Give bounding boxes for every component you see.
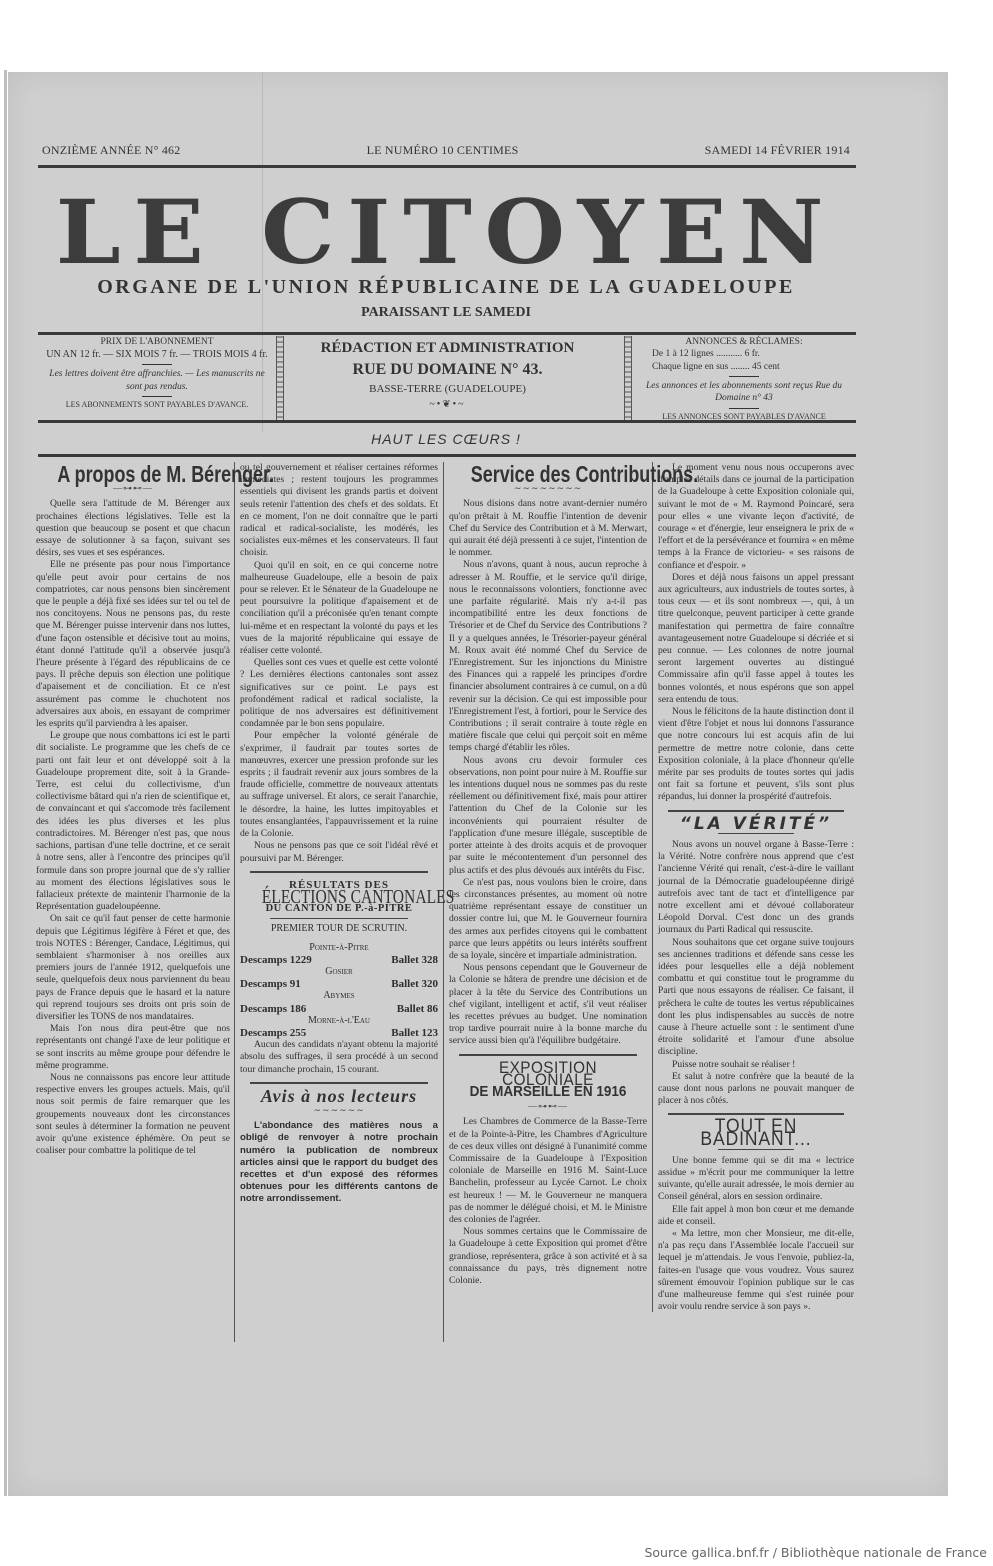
candidate-1-result: Descamps 91: [240, 978, 301, 990]
divider: [729, 376, 759, 377]
candidate-1-result: Descamps 186: [240, 1003, 306, 1015]
paragraph: « Ma lettre, mon cher Monsieur, me dit-e…: [658, 1228, 854, 1313]
rule: [38, 165, 856, 168]
subscription-footer: LES ABONNEMENTS SONT PAYABLES D'AVANCE.: [42, 400, 272, 410]
results-row: Descamps 91Ballet 320: [240, 978, 438, 990]
divider: [270, 918, 408, 919]
paragraph: Le groupe que nous combattons ici est le…: [36, 730, 230, 913]
article-exposition-continued: Le moment venu nous nous occuperons avec…: [658, 462, 854, 1313]
issue-number: ONZIÈME ANNÉE N° 462: [42, 143, 180, 158]
paragraph: Et salut à notre confrère que la beauté …: [658, 1071, 854, 1108]
paragraph: Mais l'on nous dira peut-être que nos re…: [36, 1023, 230, 1072]
paragraph: Nous disions dans notre avant-dernier nu…: [449, 498, 647, 559]
ads-note: Les annonces et les abonnements sont reç…: [638, 380, 850, 405]
candidate-2-result: Ballet 123: [391, 1027, 438, 1039]
column-divider: [234, 462, 235, 1342]
office-line3: BASSE-TERRE (GUADELOUPE): [290, 383, 605, 395]
ornament-border: [276, 336, 284, 422]
paragraph: Quoi qu'il en soit, en ce qui concerne n…: [240, 560, 438, 658]
paragraph: Nous pensons cependant que le Gouverneur…: [449, 962, 647, 1047]
office-line1: RÉDACTION ET ADMINISTRATION: [290, 340, 605, 357]
rule: [38, 420, 856, 423]
divider: [250, 1082, 428, 1084]
results-title: ÉLECTIONS CANTONALES: [262, 891, 416, 903]
expo-subtitle: DE MARSEILLE EN 1916: [459, 1086, 637, 1098]
subscription-rates: UN AN 12 fr. — SIX MOIS 7 fr. — TROIS MO…: [42, 348, 272, 361]
paragraph: Elle ne présente pas pour nous l'importa…: [36, 559, 230, 730]
divider: [250, 871, 428, 873]
ads-rate2: Chaque ligne en sus ........ 45 cent: [638, 361, 850, 373]
paragraph: Dores et déjà nous faisons un appel pres…: [658, 572, 854, 706]
article-berenger-continued: ou tel gouvernement et réaliser certaine…: [240, 462, 438, 1206]
article-title: Service des Contributions.: [471, 468, 625, 480]
masthead-title: LE CITOYEN: [20, 188, 873, 276]
results-row: Descamps 255Ballet 123: [240, 1027, 438, 1039]
paragraph: Les Chambres de Commerce de la Basse-Ter…: [449, 1116, 647, 1226]
paragraph: Nous ne pensons pas que ce soit l'idéal …: [240, 840, 438, 864]
subscription-note: Les lettres doivent être affranchies. — …: [42, 368, 272, 393]
subscription-box: PRIX DE L'ABONNEMENT UN AN 12 fr. — SIX …: [42, 336, 272, 410]
results-row: Descamps 1229Ballet 328: [240, 954, 438, 966]
issue-price: LE NUMÉRO 10 CENTIMES: [367, 143, 519, 158]
office-line2: RUE DU DOMAINE N° 43.: [290, 361, 605, 379]
divider: [668, 1113, 844, 1115]
candidate-2-result: Ballet 328: [391, 954, 438, 966]
ornament-icon: ~•❦•~: [290, 399, 605, 410]
ornament-divider: ∼∼∼∼∼∼: [240, 1104, 438, 1116]
candidate-1-result: Descamps 255: [240, 1027, 306, 1039]
verite-title: “LA VÉRITÉ”: [658, 818, 854, 830]
paragraph: Elle fait appel à mon bon cœur et me dem…: [658, 1204, 854, 1228]
paragraph: Nous souhaitons que cet organe suive tou…: [658, 937, 854, 1059]
slogan: HAUT LES CŒURS !: [40, 431, 852, 447]
paragraph: Une bonne femme qui se dit ma « lectrice…: [658, 1155, 854, 1204]
ads-box: ANNONCES & RÉCLAMES: De 1 à 12 lignes ..…: [638, 336, 850, 422]
divider: [142, 396, 172, 397]
results-place: Abymes: [240, 990, 438, 1002]
source-credit: Source gallica.bnf.fr / Bibliothèque nat…: [644, 1545, 987, 1560]
divider: [729, 408, 759, 409]
paragraph: Puisse notre souhait se réaliser !: [658, 1059, 854, 1071]
paragraph: Nous sommes certains que le Commissaire …: [449, 1226, 647, 1287]
office-box: RÉDACTION ET ADMINISTRATION RUE DU DOMAI…: [290, 340, 605, 410]
divider: [668, 810, 844, 812]
rule: [38, 332, 856, 335]
paragraph: Le moment venu nous nous occuperons avec…: [658, 462, 854, 572]
paragraph: Nous n'avons, quant à nous, aucun reproc…: [449, 559, 647, 754]
subscription-heading: PRIX DE L'ABONNEMENT: [42, 336, 272, 348]
divider: [459, 1054, 637, 1056]
paragraph: Nous avons cru devoir formuler ces obser…: [449, 755, 647, 877]
results-place: Pointe-à-Pitre: [240, 942, 438, 954]
paragraph: Quelle sera l'attitude de M. Bérenger au…: [36, 498, 230, 559]
ornament-divider: —⊶⊷—: [449, 1100, 647, 1112]
election-results: RÉSULTATS DES ÉLECTIONS CANTONALES DU CA…: [240, 879, 438, 1076]
results-place: Morne-à-l'Eau: [240, 1015, 438, 1027]
ads-heading: ANNONCES & RÉCLAMES:: [638, 336, 850, 348]
page-edge: [4, 70, 7, 1496]
paragraph: Quelles sont ces vues et quelle est cett…: [240, 657, 438, 730]
paragraph: Ce n'est pas, nous voulons bien le croir…: [449, 877, 647, 962]
publication-frequency: PARAISSANT LE SAMEDI: [40, 305, 852, 321]
paragraph: Nous le félicitons de la haute distincti…: [658, 706, 854, 804]
issue-date: SAMEDI 14 FÉVRIER 1914: [705, 143, 850, 158]
candidate-1-result: Descamps 1229: [240, 954, 312, 966]
ads-rate1: De 1 à 12 lignes ........... 6 fr.: [638, 348, 850, 360]
results-note: Aucun des candidats n'ayant obtenu la ma…: [240, 1039, 438, 1076]
paragraph: Pour empêcher la volonté générale de s'e…: [240, 730, 438, 840]
rule: [38, 454, 856, 457]
paragraph: On sait ce qu'il faut penser de cette ha…: [36, 913, 230, 1023]
paragraph: Nous ne connaissons pas encore leur atti…: [36, 1072, 230, 1157]
column-divider: [652, 462, 653, 1312]
ornament-border: [624, 336, 632, 422]
article-contributions: Service des Contributions. ∼∼∼∼∼∼∼∼ Nous…: [449, 462, 647, 1287]
dateline: ONZIÈME ANNÉE N° 462 LE NUMÉRO 10 CENTIM…: [42, 143, 850, 158]
paragraph: ou tel gouvernement et réaliser certaine…: [240, 462, 438, 560]
notice-title: Avis à nos lecteurs: [240, 1090, 438, 1102]
results-list: Pointe-à-PitreDescamps 1229Ballet 328Gos…: [240, 942, 438, 1040]
results-row: Descamps 186Ballet 86: [240, 1003, 438, 1015]
paragraph: Nous avons un nouvel organe à Basse-Terr…: [658, 839, 854, 937]
candidate-2-result: Ballet 320: [391, 978, 438, 990]
results-place: Gosier: [240, 966, 438, 978]
divider: [142, 364, 172, 365]
results-round: PREMIER TOUR DE SCRUTIN.: [240, 923, 438, 935]
badinant-title: TOUT EN BADINANT...: [666, 1121, 846, 1145]
masthead-subtitle: ORGANE DE L'UNION RÉPUBLICAINE DE LA GUA…: [40, 276, 852, 299]
candidate-2-result: Ballet 86: [397, 1003, 438, 1015]
article-berenger: A propos de M. Bérenger. —⊶⊷— Quelle ser…: [36, 462, 230, 1157]
notice-body: L'abondance des matières nous a obligé d…: [240, 1120, 438, 1205]
article-title: A propos de M. Bérenger.: [57, 468, 208, 480]
